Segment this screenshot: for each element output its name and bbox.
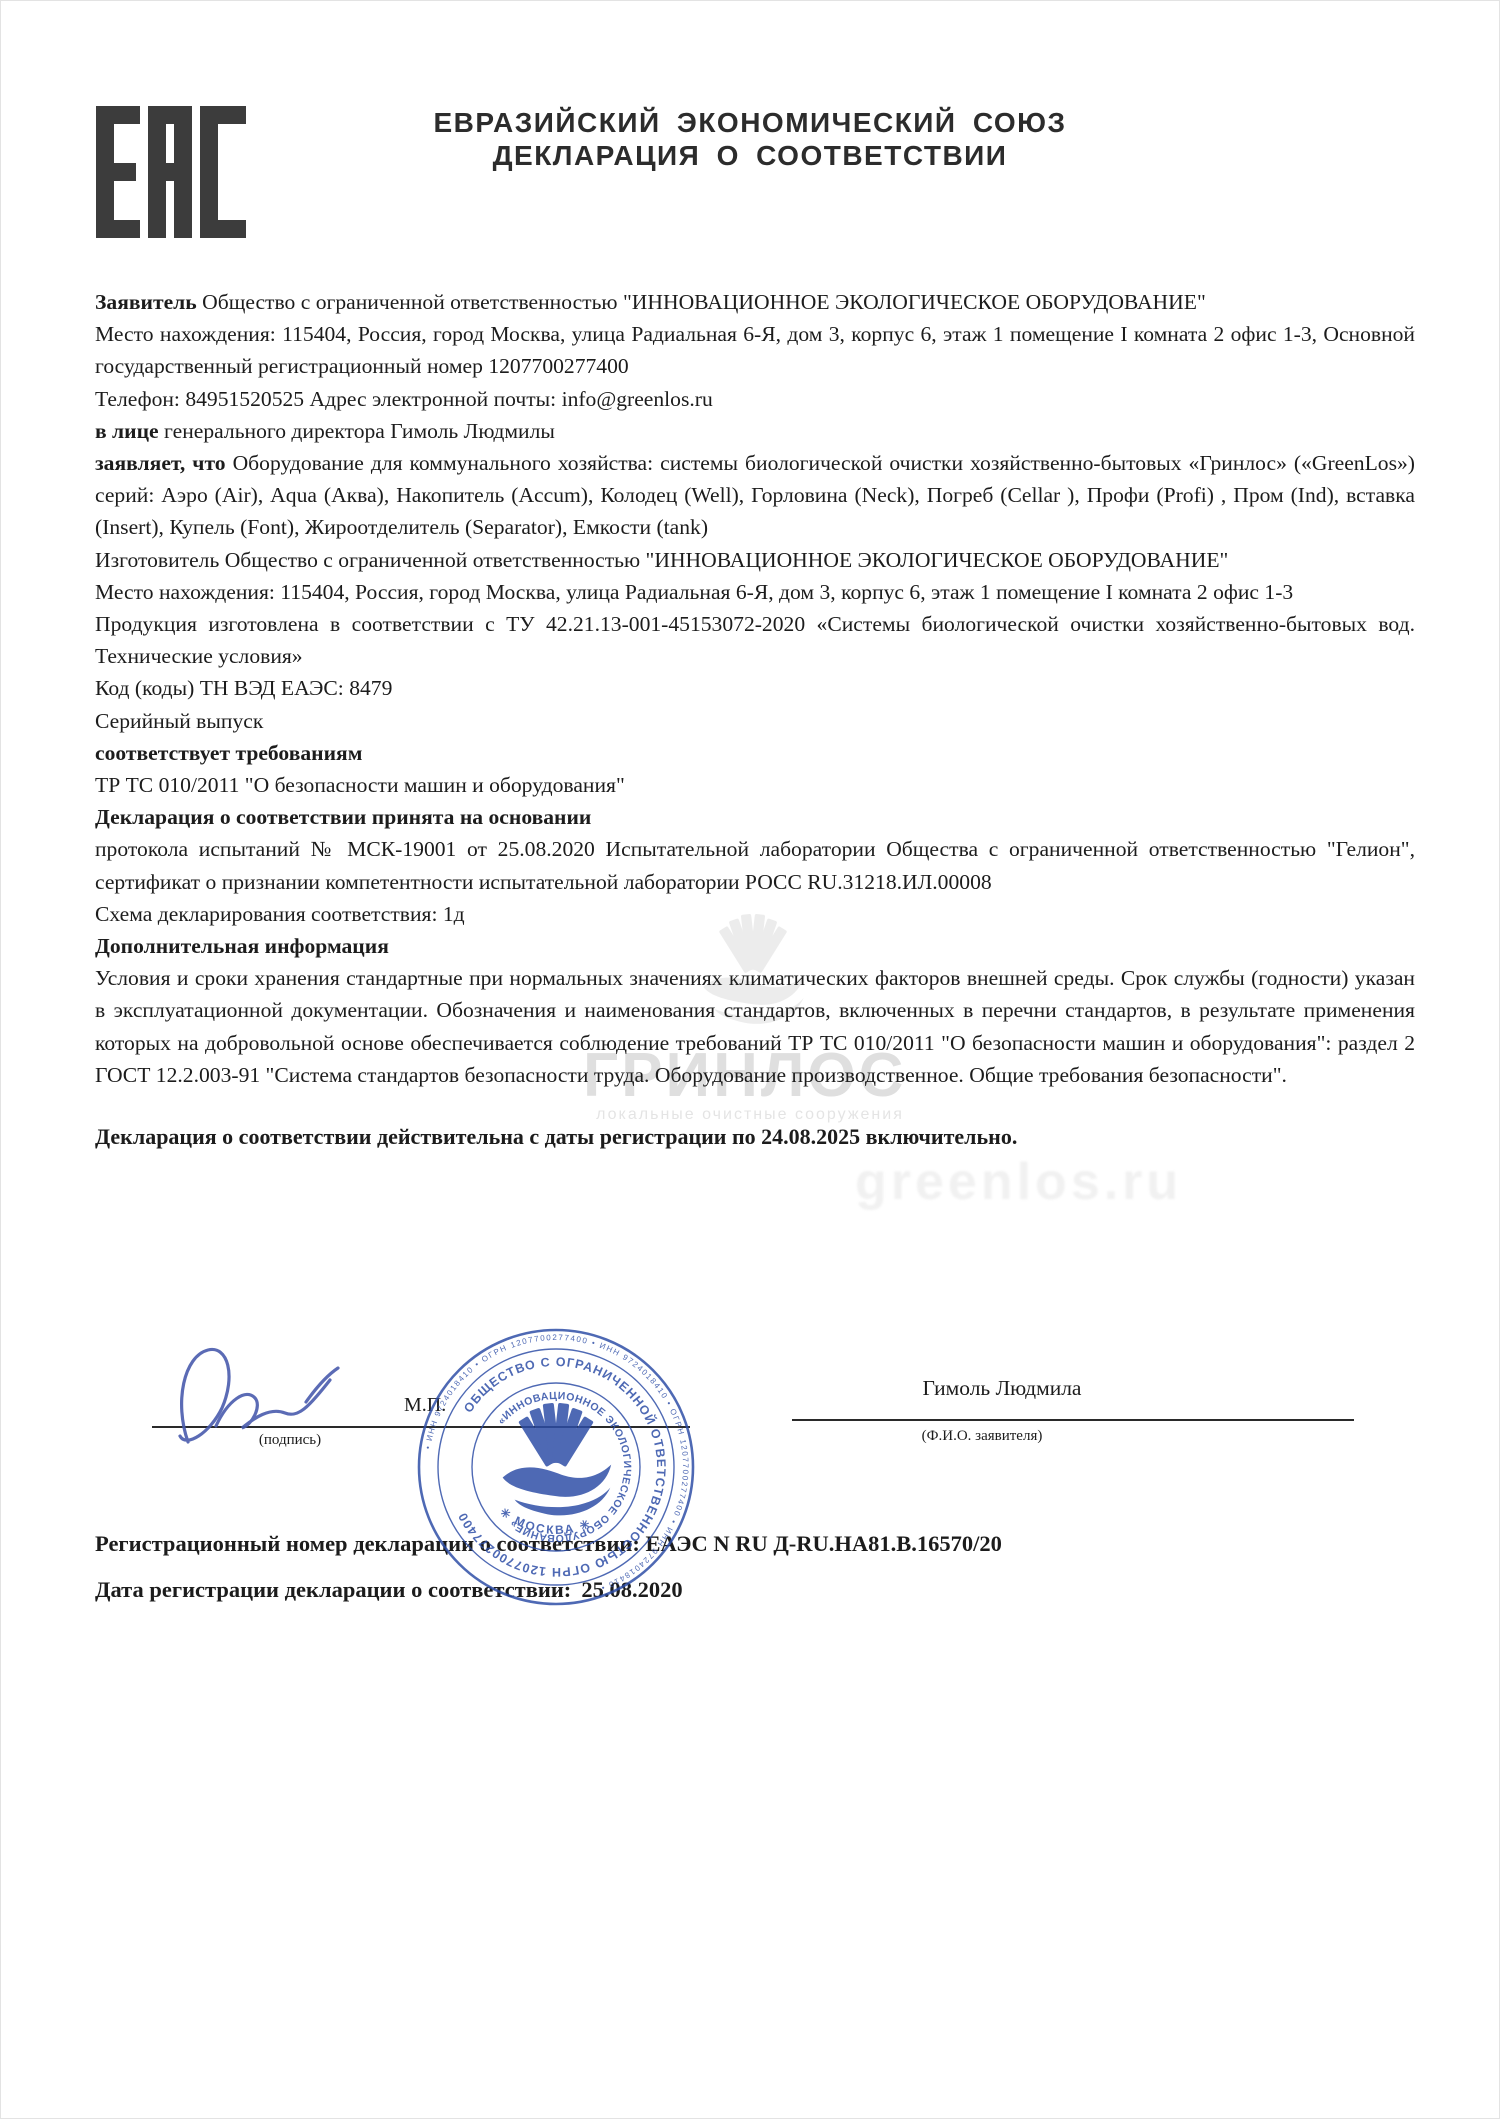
paragraph: Место нахождения: 115404, Россия, город … xyxy=(95,576,1415,608)
validity-statement: Декларация о соответствии действительна … xyxy=(95,1121,1415,1153)
paragraph: заявляет, что Оборудование для коммуналь… xyxy=(95,447,1415,544)
paragraph: Дополнительная информация xyxy=(95,930,1415,962)
paragraph-lead: в лице xyxy=(95,419,164,443)
paragraph: Код (коды) ТН ВЭД ЕАЭС: 8479 xyxy=(95,672,1415,704)
paragraph: протокола испытаний № МСК-19001 от 25.08… xyxy=(95,833,1415,897)
paragraph-lead: соответствует требованиям xyxy=(95,741,362,765)
title-declaration: ДЕКЛАРАЦИЯ О СООТВЕТСТВИИ xyxy=(0,139,1500,172)
paragraph-lead: Дополнительная информация xyxy=(95,934,389,958)
paragraph: в лице генерального директора Гимоль Люд… xyxy=(95,415,1415,447)
paragraph: Схема декларирования соответствия: 1д xyxy=(95,898,1415,930)
document-title: ЕВРАЗИЙСКИЙ ЭКОНОМИЧЕСКИЙ СОЮЗ ДЕКЛАРАЦИ… xyxy=(0,106,1500,172)
handwritten-signature xyxy=(158,1330,378,1455)
paragraph: Продукция изготовлена в соответствии с Т… xyxy=(95,608,1415,672)
paragraph: Заявитель Общество с ограниченной ответс… xyxy=(95,286,1415,318)
paragraph: Декларация о соответствии принята на осн… xyxy=(95,801,1415,833)
stamp-org-ring-text: ОБЩЕСТВО С ОГРАНИЧЕННОЙ ОТВЕТСТВЕННОСТЬЮ… xyxy=(411,1322,701,1612)
applicant-name-caption: (Ф.И.О. заявителя) xyxy=(792,1428,1172,1445)
paragraph: Серийный выпуск xyxy=(95,705,1415,737)
watermark-url-text: greenlos.ru xyxy=(855,1152,1182,1212)
document-body: Заявитель Общество с ограниченной ответс… xyxy=(95,286,1415,1153)
company-stamp: • ИНН 9724018410 • ОГРН 1207700277400 • … xyxy=(411,1322,701,1612)
title-union: ЕВРАЗИЙСКИЙ ЭКОНОМИЧЕСКИЙ СОЮЗ xyxy=(0,106,1500,139)
paragraph: Место нахождения: 115404, Россия, город … xyxy=(95,318,1415,382)
paragraph-lead: Заявитель xyxy=(95,290,202,314)
applicant-name: Гимоль Людмила xyxy=(792,1376,1212,1401)
paragraph-lead: заявляет, что xyxy=(95,451,233,475)
applicant-name-line xyxy=(792,1419,1354,1421)
declaration-document-page: ЕВРАЗИЙСКИЙ ЭКОНОМИЧЕСКИЙ СОЮЗ ДЕКЛАРАЦИ… xyxy=(0,0,1500,2119)
paragraph: Телефон: 84951520525 Адрес электронной п… xyxy=(95,383,1415,415)
paragraph-list: Заявитель Общество с ограниченной ответс… xyxy=(95,286,1415,1091)
paragraph: Условия и сроки хранения стандартные при… xyxy=(95,962,1415,1091)
paragraph-lead: Декларация о соответствии принята на осн… xyxy=(95,805,591,829)
paragraph: ТР ТС 010/2011 "О безопасности машин и о… xyxy=(95,769,1415,801)
paragraph: Изготовитель Общество с ограниченной отв… xyxy=(95,544,1415,576)
paragraph: соответствует требованиям xyxy=(95,737,1415,769)
stamp-center-logo-icon xyxy=(503,1403,612,1516)
